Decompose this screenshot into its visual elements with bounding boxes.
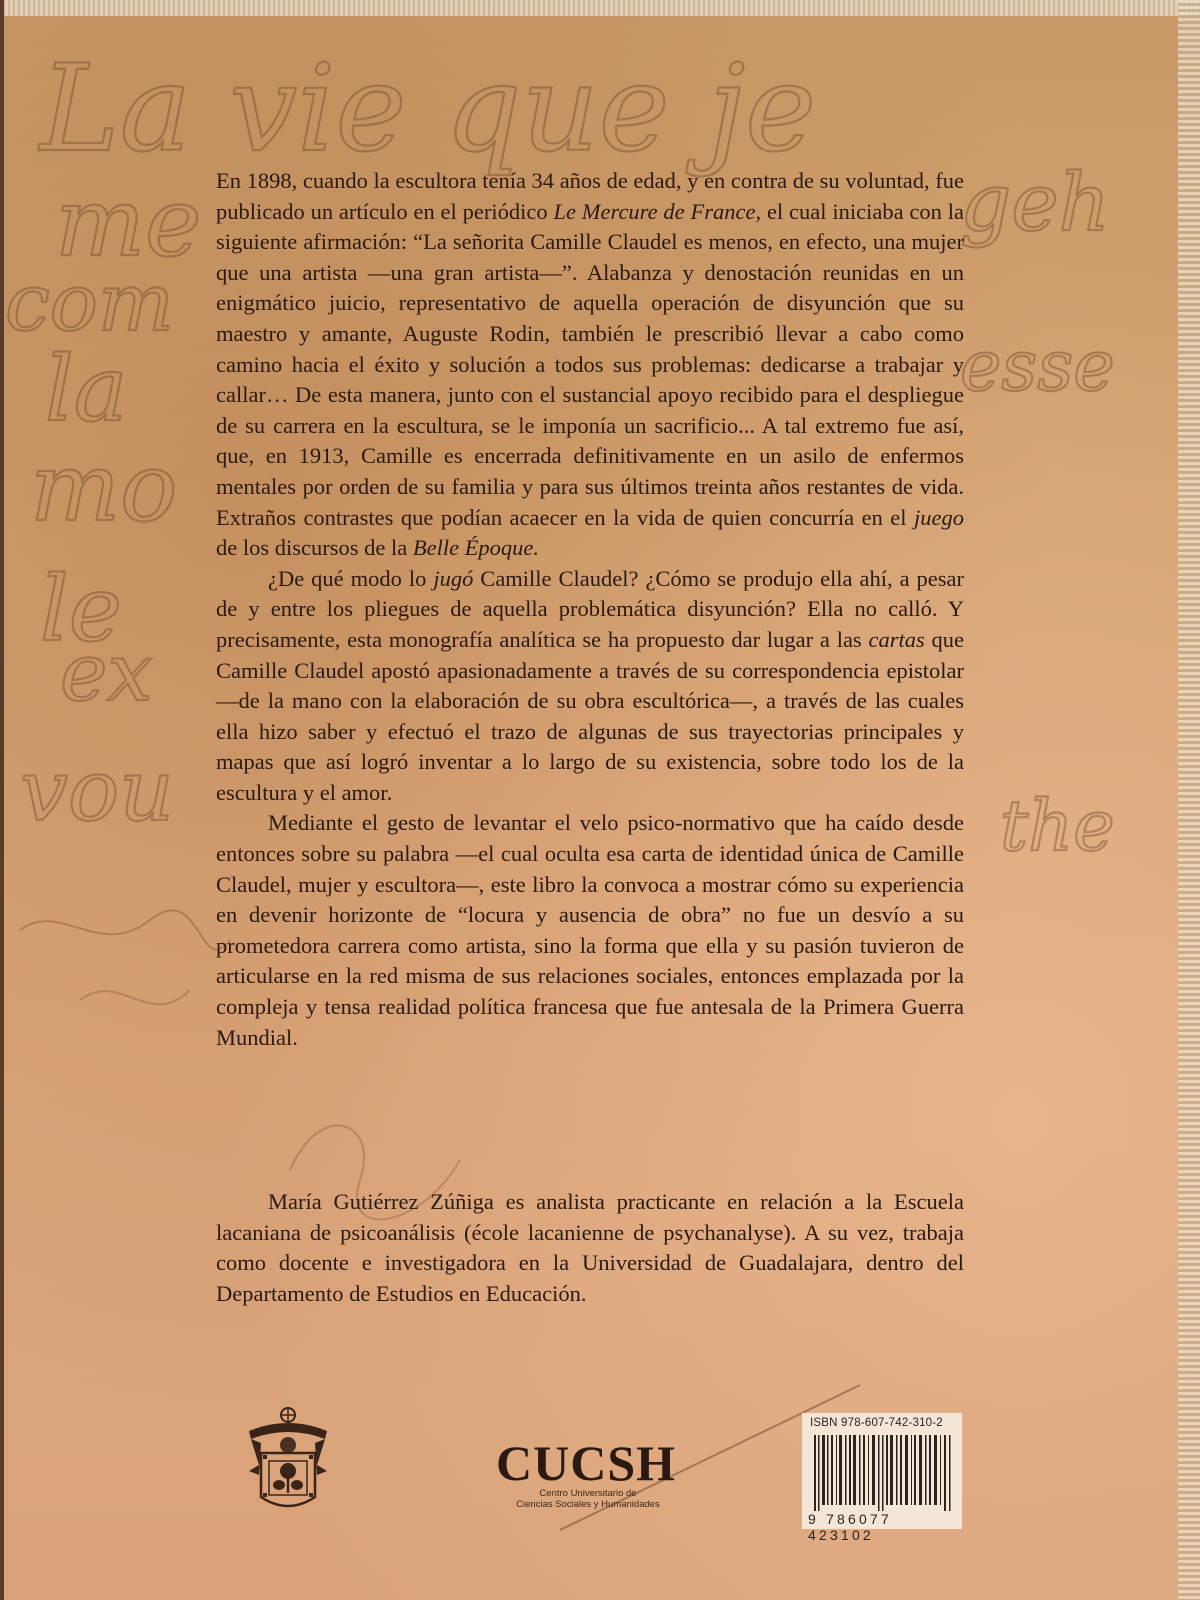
svg-text:le: le bbox=[40, 557, 122, 662]
svg-text:esse: esse bbox=[960, 325, 1115, 407]
svg-text:La vie que je: La vie que je bbox=[38, 40, 816, 179]
isbn-label: ISBN 978-607-742-310-2 bbox=[810, 1417, 943, 1429]
page-edge-top bbox=[0, 0, 1200, 16]
synopsis-paragraph-1: En 1898, cuando la escultora tenía 34 añ… bbox=[216, 166, 964, 564]
svg-text:com: com bbox=[5, 256, 174, 349]
cucsh-logo: CUCSH Centro Universitario de Ciencias S… bbox=[490, 1438, 700, 1510]
synopsis-text: En 1898, cuando la escultora tenía 34 añ… bbox=[216, 166, 964, 1053]
book-back-cover: La vie que je me com la mo le ex vou geh… bbox=[0, 0, 1200, 1600]
author-bio: María Gutiérrez Zúñiga es analista pract… bbox=[216, 1187, 964, 1309]
cucsh-line-2: Ciencias Sociales y Humanidades bbox=[490, 1499, 686, 1510]
isbn-barcode: ISBN 978-607-742-310-2 9 786077 42310 bbox=[802, 1413, 962, 1529]
svg-text:mo: mo bbox=[30, 433, 177, 543]
svg-text:me: me bbox=[55, 168, 201, 278]
barcode-bars-icon bbox=[814, 1435, 954, 1511]
synopsis-paragraph-3: Mediante el gesto de levantar el velo ps… bbox=[216, 808, 964, 1053]
page-edge-left bbox=[0, 0, 4, 1600]
svg-text:la: la bbox=[45, 337, 127, 442]
svg-text:ex: ex bbox=[60, 626, 152, 719]
ean-digits: 9 786077 423102 bbox=[808, 1511, 962, 1543]
page-edge-right bbox=[1178, 0, 1200, 1600]
svg-text:the: the bbox=[1000, 785, 1115, 867]
svg-text:vou: vou bbox=[20, 742, 174, 841]
svg-text:geh: geh bbox=[960, 156, 1110, 249]
synopsis-paragraph-2: ¿De qué modo lo jugó Camille Claudel? ¿C… bbox=[216, 564, 964, 809]
cucsh-acronym: CUCSH bbox=[490, 1438, 700, 1488]
university-crest-icon bbox=[245, 1405, 331, 1517]
